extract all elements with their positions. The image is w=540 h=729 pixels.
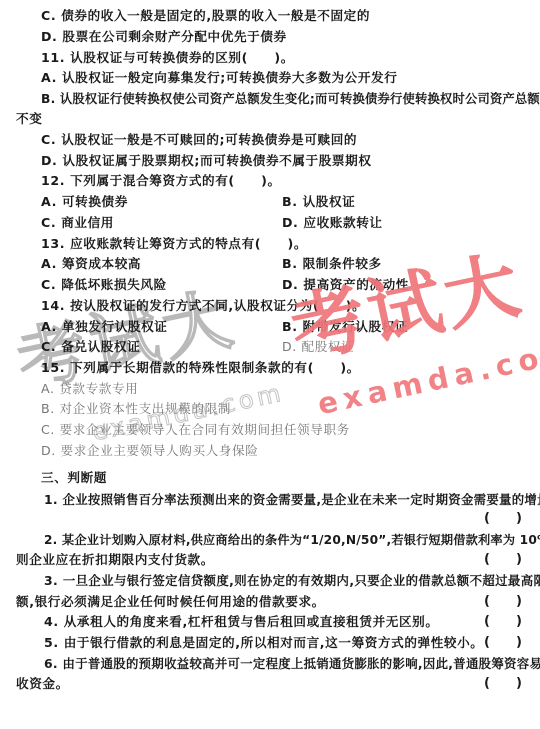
tf-item-6: 6. 由于普通股的预期收益较高并可一定程度上抵销通货膨胀的影响,因此,普通股筹资… — [44, 656, 540, 672]
tf-answer-5[interactable]: ( ) — [484, 635, 522, 651]
q15-option-b: B. 对企业资本性支出规模的限制 — [41, 401, 231, 417]
q13-stem: 13. 应收账款转让筹资方式的特点有( )。 — [41, 236, 307, 252]
tf-answer-2[interactable]: ( ) — [484, 552, 522, 568]
tf-item-2: 2. 某企业计划购入原材料,供应商给出的条件为“1/20,N/50”,若银行短期… — [44, 532, 540, 548]
tf-item-2-cont: 则企业应在折扣期限内支付货款。 — [16, 552, 214, 568]
q12-option-b: B. 认股权证 — [282, 194, 355, 210]
tf-item-3-cont: 额,银行必须满足企业任何时候任何用途的借款要求。 — [16, 594, 325, 610]
q13-option-c: C. 降低坏账损失风险 — [41, 277, 167, 293]
q15-option-a: A. 贷款专款专用 — [41, 381, 138, 397]
q11-option-c: C. 认股权证一般是不可赎回的;可转换债券是可赎回的 — [41, 132, 357, 148]
tf-answer-6[interactable]: ( ) — [484, 676, 522, 692]
q11-option-a: A. 认股权证一般定向募集发行;可转换债券大多数为公开发行 — [41, 70, 397, 86]
q11-option-d: D. 认股权证属于股票期权;而可转换债券不属于股票期权 — [41, 153, 372, 169]
q13-option-b: B. 限制条件较多 — [282, 256, 382, 272]
q12-option-a: A. 可转换债券 — [41, 194, 128, 210]
tf-item-5: 5. 由于银行借款的利息是固定的,所以相对而言,这一筹资方式的弹性较小。 — [44, 635, 484, 651]
tf-item-3: 3. 一旦企业与银行签定信贷额度,则在协定的有效期内,只要企业的借款总额不超过最… — [44, 573, 540, 589]
q10-option-c: C. 债券的收入一般是固定的,股票的收入一般是不固定的 — [41, 8, 370, 24]
q11-option-b: B. 认股权证行使转换权使公司资产总额发生变化;而可转换债券行使转换权时公司资产… — [41, 91, 540, 107]
tf-answer-3[interactable]: ( ) — [484, 594, 522, 610]
q10-option-d: D. 股票在公司剩余财产分配中优先于债券 — [41, 29, 287, 45]
q12-option-d: D. 应收账款转让 — [282, 215, 383, 231]
q12-stem: 12. 下列属于混合筹资方式的有( )。 — [41, 173, 281, 189]
tf-item-1: 1. 企业按照销售百分率法预测出来的资金需要量,是企业在未来一定时期资金需要量的… — [44, 492, 540, 508]
q15-option-d: D. 要求企业主要领导人购买人身保险 — [41, 443, 258, 459]
q11-stem: 11. 认股权证与可转换债券的区别( )。 — [41, 50, 294, 66]
q13-option-a: A. 筹资成本较高 — [41, 256, 141, 272]
section-title: 三、判断题 — [41, 470, 107, 486]
q14-option-a: A. 单独发行认股权证 — [41, 319, 168, 335]
q12-option-c: C. 商业信用 — [41, 215, 114, 231]
tf-item-4: 4. 从承租人的角度来看,杠杆租赁与售后租回或直接租赁并无区别。 — [44, 614, 439, 630]
q15-option-c: C. 要求企业主要领导人在合同有效期间担任领导职务 — [41, 422, 350, 438]
tf-answer-4[interactable]: ( ) — [484, 614, 522, 630]
q14-option-c: C. 备兑认股权证 — [41, 339, 140, 355]
tf-item-6-cont: 收资金。 — [16, 676, 69, 692]
tf-answer-1[interactable]: ( ) — [484, 511, 522, 527]
q11-option-b-cont: 不变 — [16, 111, 42, 127]
